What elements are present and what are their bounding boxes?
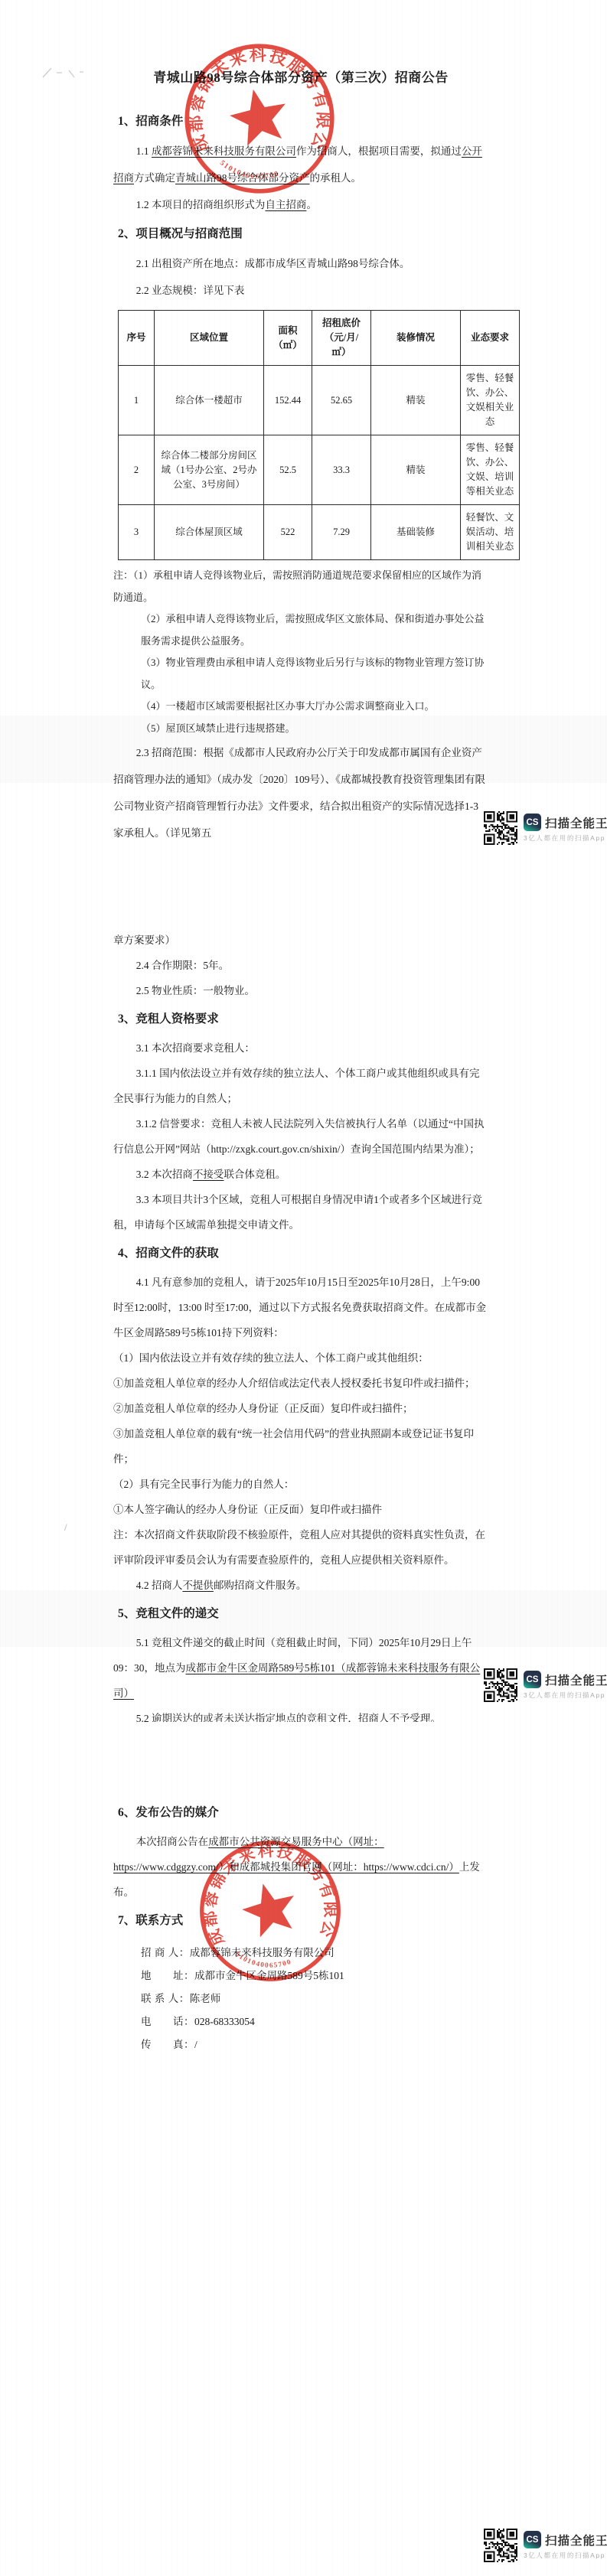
text-segment: 成都蓉锦未来科技服务有限公司 [152,145,296,157]
scanned-document: 青城山路98号综合体部分资产（第三次）招商公告 1、招商条件1.1 成都蓉锦未来… [0,0,607,2576]
contact-value: 028-68333054 [194,2016,255,2027]
paragraph: 注：（1）承租申请人竞得该物业后，需按照消防通道规范要求保留相应的区域作为消防通… [113,565,488,608]
watermark-text-block: CS 扫描全能王 3亿人都在用的扫描App [524,814,607,843]
contact-label: 招 商 人： [141,1947,190,1958]
paragraph: 5.2 逾期送达的或者未送达指定地点的竞租文件，招商人不予受理。 [113,1706,488,1722]
contact-row: 传 真：/ [141,2033,488,2056]
paragraph: 2.5 物业性质：一般物业。 [113,978,488,1003]
table-cell: 52.5 [264,435,312,505]
paragraph: 2.3 招商范围：根据《成都市人民政府办公厅关于印发成都市属国有企业资产招商管理… [113,739,488,846]
paragraph: 4.2 招商人不提供邮购招商文件服务。 [113,1573,488,1598]
page-1: 青城山路98号综合体部分资产（第三次）招商公告 1、招商条件1.1 成都蓉锦未来… [0,0,607,857]
watermark-text-block: CS 扫描全能王 3亿人都在用的扫描App [524,1671,607,1700]
table-cell: 52.65 [312,366,371,435]
text-segment: （2）承租申请人竞得该物业后，需按照成华区文旅体局、保和街道办事处公益服务需求提… [141,613,485,647]
paragraph: 3.1.1 国内依法设立并有效存续的独立法人、个体工商户或其他组织或具有完全民事… [113,1061,488,1111]
watermark-app-name: 扫描全能王 [545,2532,607,2548]
text-segment: 注：本次招商文件获取阶段不核验原件，竞租人应对其提供的资料真实性负责，在评审阶段… [113,1529,485,1566]
contact-row: 联 系 人：陈老师 [141,1987,488,2010]
paragraph: 2.2 业态规模：详见下表 [113,277,488,304]
text-segment: ①加盖竞租人单位章的经办人介绍信或法定代表人授权委托书复印件或扫描件； [113,1378,475,1389]
table-header-cell: 区域位置 [155,311,264,366]
contact-list: 招 商 人：成都蓉锦未来科技服务有限公司地 址：成都市金牛区金周路589号5栋1… [141,1942,488,2056]
text-segment: 3.2 本次招商 [136,1169,193,1180]
qr-code [484,2529,517,2562]
camscanner-watermark: CS 扫描全能王 3亿人都在用的扫描App [484,811,607,845]
camscanner-logo-icon: CS [524,814,541,831]
text-segment: 5.2 逾期送达的或者未送达指定地点的竞租文件，招商人不予受理。 [136,1713,441,1722]
paragraph: 3.1.2 信誉要求：竞租人未被人民法院列入失信被执行人名单（以通过“中国执行信… [113,1111,488,1162]
text-segment: 章方案要求） [113,934,175,946]
paragraph: （4）一楼超市区域需要根据社区办事大厅办公需求调整商业入口。 [141,696,488,718]
paragraph: （2）承租申请人竞得该物业后，需按照成华区文旅体局、保和街道办事处公益服务需求提… [141,608,488,652]
contact-row: 电 话：028-68333054 [141,2010,488,2033]
table-header-cell: 招租底价 （元/月/ ㎡） [312,311,371,366]
watermark-text-block: CS 扫描全能王 3亿人都在用的扫描App [524,2531,607,2560]
table-cell: 33.3 [312,435,371,505]
section-conditions: 1、招商条件1.1 成都蓉锦未来科技服务有限公司作为招商人，根据项目需要，拟通过… [113,106,488,304]
text-segment: （4）一楼超市区域需要根据社区办事大厅办公需求调整商业入口。 [141,700,435,712]
table-row: 2综合体二楼部分房间区域（1号办公室、2号办公室、3号房间）52.533.3精装… [119,435,520,505]
camscanner-watermark: CS 扫描全能王 3亿人都在用的扫描App [484,2529,607,2562]
paragraph: 3.1 本次招商要求竞租人： [113,1035,488,1061]
text-segment: 2.5 物业性质：一般物业。 [136,985,255,996]
paragraph: 本次招商公告在成都市公共资源交易服务中心（网址：https://www.cdgg… [113,1829,488,1905]
paragraph: ①本人签字确认的经办人身份证（正反面）复印件或扫描件 [113,1497,488,1522]
watermark-tagline: 3亿人都在用的扫描App [524,833,607,843]
table-row: 1综合体一楼超市152.4452.65精装零售、轻餐饮、办公、文娱相关业态 [119,366,520,435]
watermark-app-name: 扫描全能王 [545,1671,607,1688]
table-cell: 零售、轻餐饮、办公、文娱、培训等相关业态 [461,435,520,505]
paragraph: 注：本次招商文件获取阶段不核验原件，竞租人应对其提供的资料真实性负责，在评审阶段… [113,1522,488,1573]
page3-content: 6、发布公告的媒介本次招商公告在成都市公共资源交易服务中心（网址：https:/… [113,1722,488,2056]
paragraph: 3.3 本项目共计3个区域，竞租人可根据自身情况申请1个或者多个区域进行竞租，申… [113,1187,488,1237]
contact-value: / [194,2039,197,2050]
paragraph: 4.1 凡有意参加的竞租人，请于2025年10月15日至2025年10月28日，… [113,1270,488,1345]
table-cell: 152.44 [264,366,312,435]
watermark-tagline: 3亿人都在用的扫描App [524,2551,607,2560]
table-cell: 精装 [371,366,461,435]
text-segment: 作为招商人，根据项目需要，拟通过 [296,145,462,157]
text-segment: 。 [306,199,317,210]
text-segment: 2.4 合作期限：5年。 [136,960,230,971]
table-row: 3综合体屋顶区域5227.29基础装修轻餐饮、文娱活动、培训相关业态 [119,505,520,560]
text-segment: ②加盖竞租人单位章的经办人身份证（正反面）复印件或扫描件； [113,1403,413,1414]
paragraph: 5.1 竞租文件递交的截止时间（竞租截止时间，下同）2025年10月29日上午0… [113,1630,488,1706]
table-header-cell: 装修情况 [371,311,461,366]
document-title: 青城山路98号综合体部分资产（第三次）招商公告 [113,69,488,87]
camscanner-watermark: CS 扫描全能王 3亿人都在用的扫描App [484,1668,607,1702]
page-3: 6、发布公告的媒介本次招商公告在成都市公共资源交易服务中心（网址：https:/… [0,1722,607,2576]
paragraph: （3）物业管理费由承租申请人竞得该物业后另行与该标的物物业管理方签订协议。 [141,652,488,696]
assets-table-wrap: 序号区域位置面积 （㎡）招租底价 （元/月/ ㎡）装修情况业态要求1综合体一楼超… [113,310,488,560]
page1-content: 青城山路98号综合体部分资产（第三次）招商公告 1、招商条件1.1 成都蓉锦未来… [113,0,488,846]
text-segment: （1）国内依法设立并有效存续的独立法人、个体工商户或其他组织： [113,1352,429,1364]
text-segment: 的承租人。 [310,172,362,184]
qr-code [484,1668,517,1702]
table-cell: 综合体二楼部分房间区域（1号办公室、2号办公室、3号房间） [155,435,264,505]
paragraph: ①加盖竞租人单位章的经办人介绍信或法定代表人授权委托书复印件或扫描件； [113,1371,488,1396]
paragraph: 2.1 出租资产所在地点：成都市成华区青城山路98号综合体。 [113,250,488,277]
camscanner-logo-icon: CS [524,1671,541,1688]
camscanner-logo-icon: CS [524,2531,541,2548]
text-segment: 联合体竞租。 [224,1169,286,1180]
qr-code [484,811,517,845]
section-heading: 1、招商条件 [118,106,488,138]
contact-label: 电 话： [141,2016,194,2027]
contact-value: 成都蓉锦未来科技服务有限公司 [190,1947,335,1958]
table-cell: 综合体屋顶区域 [155,505,264,560]
contact-row: 招 商 人：成都蓉锦未来科技服务有限公司 [141,1942,488,1965]
paragraph: ②加盖竞租人单位章的经办人身份证（正反面）复印件或扫描件； [113,1396,488,1421]
section-heading: 6、发布公告的媒介 [118,1797,488,1829]
paragraph: ③加盖竞租人单位章的载有“统一社会信用代码”的营业执照副本或登记证书复印件； [113,1421,488,1472]
text-segment: 自主招商 [265,199,306,210]
text-segment: 4.1 凡有意参加的竞租人，请于2025年10月15日至2025年10月28日，… [113,1277,486,1339]
text-segment: 3.1.2 信誉要求：竞租人未被人民法院列入失信被执行人名单（以通过“中国执行信… [113,1118,485,1155]
text-segment: 3.1 本次招商要求竞租人： [136,1042,255,1054]
text-segment: 4.2 招商人 [136,1580,183,1591]
pencil-mark [40,64,110,81]
text-segment: ①本人签字确认的经办人身份证（正反面）复印件或扫描件 [113,1504,382,1515]
section-media-contact: 6、发布公告的媒介本次招商公告在成都市公共资源交易服务中心（网址：https:/… [113,1797,488,1937]
watermark-tagline: 3亿人都在用的扫描App [524,1691,607,1700]
text-segment: 青城山路98号综合体部分资产 [175,172,310,184]
pen-slash-mark: / [64,1521,67,1534]
table-cell: 3 [119,505,155,560]
table-cell: 7.29 [312,505,371,560]
text-segment: 2.3 招商范围：根据《成都市人民政府办公厅关于印发成都市属国有企业资产招商管理… [113,747,485,839]
text-segment: 2.2 业态规模：详见下表 [136,285,245,296]
table-cell: 2 [119,435,155,505]
section-heading: 3、竞租人资格要求 [118,1003,488,1035]
text-segment: （5）屋顶区域禁止进行违规搭建。 [141,722,295,734]
paragraph: 1.1 成都蓉锦未来科技服务有限公司作为招商人，根据项目需要，拟通过公开招商方式… [113,138,488,191]
paragraph: 1.2 本项目的招商组织形式为自主招商。 [113,191,488,218]
table-cell: 精装 [371,435,461,505]
paragraph: 章方案要求） [113,928,488,953]
section-heading: 2、项目概况与招商范围 [118,218,488,250]
section-notes-scope: 注：（1）承租申请人竞得该物业后，需按照消防通道规范要求保留相应的区域作为消防通… [113,565,488,846]
table-header-cell: 面积 （㎡） [264,311,312,366]
section-heading: 5、竞租文件的递交 [118,1598,488,1630]
text-segment: 不接受 [193,1169,224,1180]
paragraph: 2.4 合作期限：5年。 [113,953,488,978]
page2-content: 章方案要求）2.4 合作期限：5年。2.5 物业性质：一般物业。3、竞租人资格要… [113,857,488,1722]
assets-table: 序号区域位置面积 （㎡）招租底价 （元/月/ ㎡）装修情况业态要求1综合体一楼超… [118,310,520,560]
contact-label: 传 真： [141,2039,194,2050]
table-header-row: 序号区域位置面积 （㎡）招租底价 （元/月/ ㎡）装修情况业态要求 [119,311,520,366]
text-segment: （2）具有完全民事行为能力的自然人： [113,1479,294,1490]
table-cell: 轻餐饮、文娱活动、培训相关业态 [461,505,520,560]
text-segment: 1.2 本项目的招商组织形式为 [136,199,266,210]
table-cell: 零售、轻餐饮、办公、文娱相关业态 [461,366,520,435]
table-cell: 综合体一楼超市 [155,366,264,435]
table-header-cell: 序号 [119,311,155,366]
text-segment: 本次招商公告在 [136,1836,209,1847]
table-header-cell: 业态要求 [461,311,520,366]
contact-value: 成都市金牛区金周路589号5栋101 [194,1970,344,1981]
contact-label: 地 址： [141,1970,194,1981]
paragraph: （5）屋顶区域禁止进行违规搭建。 [141,718,488,740]
text-segment: 邮购招商文件服务。 [214,1580,307,1591]
text-segment: 方式确定 [134,172,175,184]
text-segment: 1.1 [136,145,152,157]
text-segment: 2.1 出租资产所在地点：成都市成华区青城山路98号综合体。 [136,258,410,269]
text-segment: 3.1.1 国内依法设立并有效存续的独立法人、个体工商户或其他组织或具有完全民事… [113,1068,480,1104]
section-heading: 7、联系方式 [118,1905,488,1937]
section-heading: 4、招商文件的获取 [118,1237,488,1270]
contact-row: 地 址：成都市金牛区金周路589号5栋101 [141,1965,488,1987]
text-segment: 3.3 本项目共计3个区域，竞租人可根据自身情况申请1个或者多个区域进行竞租，申… [113,1194,482,1231]
table-cell: 基础装修 [371,505,461,560]
text-segment: （3）物业管理费由承租申请人竞得该物业后另行与该标的物物业管理方签订协议。 [141,657,485,690]
contact-value: 陈老师 [190,1993,221,2004]
table-cell: 522 [264,505,312,560]
paragraph: （1）国内依法设立并有效存续的独立法人、个体工商户或其他组织： [113,1345,488,1371]
text-segment: 注：（1）承租申请人竞得该物业后，需按照消防通道规范要求保留相应的区域作为消防通… [113,569,481,603]
contact-label: 联 系 人： [141,1993,190,2004]
table-cell: 1 [119,366,155,435]
paragraph: 3.2 本次招商不接受联合体竞租。 [113,1162,488,1187]
paragraph: （2）具有完全民事行为能力的自然人： [113,1472,488,1497]
text-segment: 不提供 [182,1580,214,1591]
watermark-app-name: 扫描全能王 [545,814,607,831]
page-2: / 章方案要求）2.4 合作期限：5年。2.5 物业性质：一般物业。3、竞租人资… [0,857,607,1722]
text-segment: ③加盖竞租人单位章的载有“统一社会信用代码”的营业执照副本或登记证书复印件； [113,1428,474,1465]
